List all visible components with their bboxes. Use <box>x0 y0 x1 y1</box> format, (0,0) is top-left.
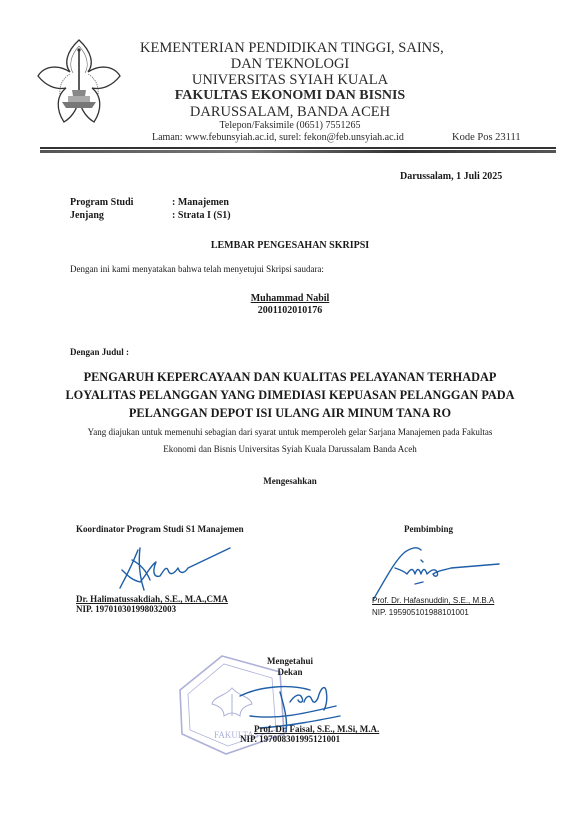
date-line: Darussalam, 1 Juli 2025 <box>400 171 502 182</box>
purpose-line-2: Ekonomi dan Bisnis Universitas Syiah Kua… <box>0 444 580 454</box>
web-line: Laman: www.febunsyiah.ac.id, surel: feko… <box>152 132 404 144</box>
student-id: 2001102010176 <box>0 305 580 316</box>
letterhead-divider <box>40 147 556 154</box>
faculty-address: DARUSSALAM, BANDA ACEH <box>140 104 440 120</box>
coordinator-name: Dr. Halimatussakdiah, S.E., M.A.,CMA <box>76 594 228 604</box>
ministry-name-cont: DAN TEKNOLOGI <box>140 56 440 72</box>
program-label: Program Studi <box>70 197 133 208</box>
ministry-name: KEMENTERIAN PENDIDIKAN TINGGI, SAINS, <box>140 40 440 56</box>
level-label: Jenjang <box>70 210 104 221</box>
purpose-line-1: Yang diajukan untuk memenuhi sebagian da… <box>0 427 580 437</box>
coordinator-role: Koordinator Program Studi S1 Manajemen <box>76 524 244 534</box>
university-emblem-icon <box>36 36 122 126</box>
intro-text: Dengan ini kami menyatakan bahwa telah m… <box>70 264 324 274</box>
program-value: : Manajemen <box>172 197 229 208</box>
dean-nip: NIP. 197008301995121001 <box>240 734 340 744</box>
faculty-name: FAKULTAS EKONOMI DAN BISNIS <box>140 88 440 104</box>
postal-code: Kode Pos 23111 <box>452 132 521 144</box>
supervisor-role: Pembimbing <box>404 524 453 534</box>
thesis-title-line-2: LOYALITAS PELANGGAN YANG DIMEDIASI KEPUA… <box>0 388 580 403</box>
judul-label: Dengan Judul : <box>70 347 129 357</box>
phone-line: Telepon/Faksimile (0651) 7551265 <box>140 120 440 132</box>
supervisor-name: Prof. Dr. Hafasnuddin, S.E., M.B.A <box>372 596 494 605</box>
supervisor-nip: NIP. 195905101988101001 <box>372 608 469 617</box>
level-value: : Strata I (S1) <box>172 210 231 221</box>
dean-name: Prof. Dr. Faisal, S.E., M.Si, M.A. <box>254 724 379 734</box>
coordinator-signature-icon <box>110 540 240 595</box>
student-name: Muhammad Nabil <box>0 293 580 304</box>
thesis-title-line-3: PELANGGAN DEPOT ISI ULANG AIR MINUM TANA… <box>0 406 580 421</box>
approval-label: Mengesahkan <box>0 476 580 486</box>
thesis-title-line-1: PENGARUH KEPERCAYAAN DAN KUALITAS PELAYA… <box>0 370 580 385</box>
coordinator-nip: NIP. 197010301998032003 <box>76 604 176 614</box>
university-name: UNIVERSITAS SYIAH KUALA <box>140 72 440 88</box>
dean-acknowledge-label: Mengetahui <box>250 656 330 666</box>
document-title: LEMBAR PENGESAHAN SKRIPSI <box>0 240 580 251</box>
